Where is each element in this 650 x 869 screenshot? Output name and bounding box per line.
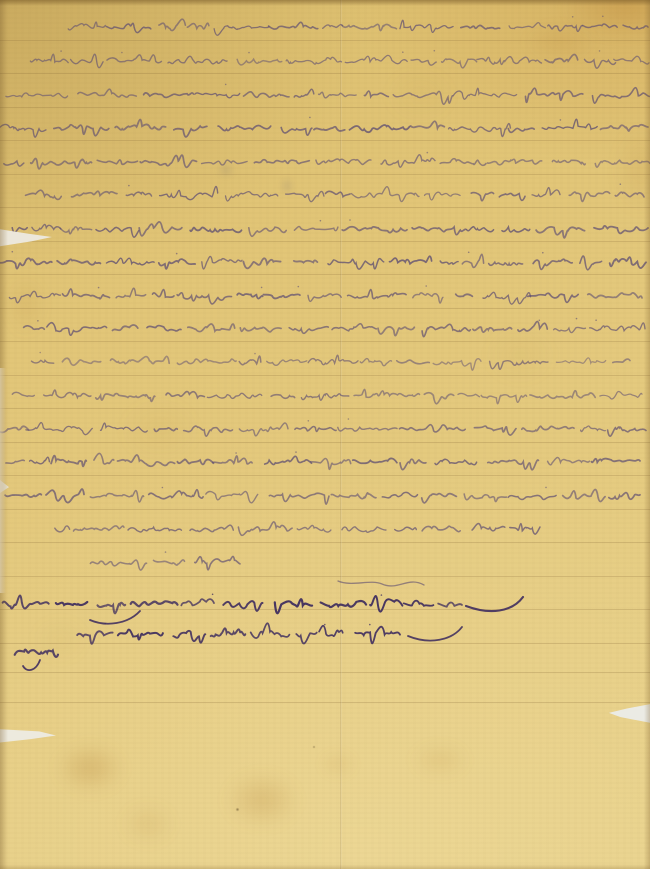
handwriting-word-stroke	[526, 88, 583, 102]
handwriting-word-stroke	[588, 293, 642, 298]
handwriting-word-stroke	[308, 355, 358, 364]
handwriting-word-stroke	[569, 192, 610, 202]
handwriting-word-stroke	[413, 293, 443, 303]
ink-dot	[176, 253, 178, 255]
handwriting-word-stroke	[68, 22, 105, 30]
handwriting-layer	[0, 0, 650, 869]
ink-dot	[427, 152, 429, 154]
handwriting-word-stroke	[554, 327, 586, 332]
handwriting-word-stroke	[472, 524, 505, 531]
handwriting-word-stroke	[115, 120, 165, 130]
ink-dot	[576, 318, 578, 320]
handwriting-word-stroke	[195, 93, 240, 98]
handwriting-line	[6, 451, 640, 469]
handwriting-word-stroke	[294, 227, 338, 231]
handwriting-word-stroke	[542, 119, 597, 129]
handwriting-word-stroke	[107, 258, 155, 265]
handwriting-word-stroke	[580, 256, 602, 270]
handwriting-word-stroke	[397, 360, 430, 364]
ink-dot	[595, 319, 597, 321]
handwriting-word-stroke	[314, 127, 345, 131]
ink-dot	[309, 117, 311, 119]
handwriting-word-stroke	[46, 489, 84, 503]
handwriting-word-stroke	[190, 525, 233, 532]
handwriting-word-stroke	[149, 490, 203, 499]
handwriting-word-stroke	[294, 260, 318, 262]
handwriting-line	[90, 551, 240, 570]
handwriting-word-stroke	[456, 294, 473, 296]
handwriting-line	[5, 487, 640, 504]
handwriting-word-stroke	[488, 460, 539, 470]
handwriting-word-stroke	[44, 390, 91, 398]
ink-flourish	[408, 627, 462, 641]
handwriting-word-stroke	[601, 125, 649, 131]
handwriting-word-stroke	[522, 426, 574, 431]
handwriting-word-stroke	[331, 493, 376, 499]
handwriting-word-stroke	[140, 155, 196, 167]
handwriting-word-stroke	[251, 623, 290, 638]
handwriting-word-stroke	[489, 262, 523, 265]
handwriting-word-stroke	[94, 453, 114, 464]
handwriting-word-stroke	[116, 288, 146, 298]
ink-dot	[434, 50, 436, 52]
handwriting-word-stroke	[271, 395, 295, 399]
handwriting-word-stroke	[118, 455, 175, 466]
handwriting-word-stroke	[424, 393, 453, 404]
handwriting-word-stroke	[77, 631, 112, 644]
handwriting-word-stroke	[113, 325, 138, 330]
ink-dot	[235, 452, 237, 454]
handwriting-word-stroke	[355, 627, 400, 644]
handwriting-word-stroke	[353, 458, 397, 463]
handwriting-word-stroke	[286, 191, 324, 201]
handwriting-word-stroke	[289, 327, 328, 334]
handwriting-word-stroke	[382, 492, 417, 497]
handwriting-word-stroke	[364, 91, 388, 97]
ink-dot	[308, 420, 310, 422]
handwriting-line	[55, 522, 540, 536]
handwriting-word-stroke	[54, 125, 109, 136]
handwriting-word-stroke	[400, 20, 453, 32]
handwriting-word-stroke	[464, 494, 506, 502]
handwriting-word-stroke	[552, 160, 585, 164]
handwriting-word-stroke	[592, 459, 641, 463]
handwriting-word-stroke	[153, 290, 175, 298]
handwriting-line	[9, 285, 642, 304]
handwriting-word-stroke	[563, 489, 605, 501]
handwriting-word-stroke	[173, 631, 205, 643]
ink-dot	[60, 50, 62, 52]
handwriting-word-stroke	[461, 25, 500, 29]
handwriting-word-stroke	[57, 259, 100, 264]
handwriting-word-stroke	[422, 324, 470, 336]
ink-dot	[162, 487, 164, 489]
handwriting-word-stroke	[442, 59, 477, 68]
ink-dot	[369, 624, 371, 626]
handwriting-word-stroke	[144, 93, 194, 98]
handwriting-word-stroke	[202, 160, 248, 165]
handwriting-word-stroke	[502, 227, 530, 232]
handwriting-word-stroke	[536, 227, 585, 238]
handwriting-word-stroke	[483, 292, 531, 304]
handwriting-line	[26, 183, 645, 201]
handwriting-word-stroke	[31, 158, 92, 168]
ink-dot	[37, 320, 39, 322]
handwriting-word-stroke	[71, 54, 104, 67]
handwriting-word-stroke	[532, 188, 560, 197]
handwriting-word-stroke	[471, 192, 493, 200]
handwriting-line	[6, 84, 650, 105]
handwriting-word-stroke	[239, 423, 288, 436]
handwriting-word-stroke	[47, 323, 107, 336]
handwriting-word-stroke	[400, 459, 426, 469]
handwriting-word-stroke	[239, 356, 260, 365]
handwriting-word-stroke	[0, 258, 52, 268]
handwriting-word-stroke	[275, 599, 312, 613]
handwriting-word-stroke	[240, 327, 281, 331]
handwriting-word-stroke	[267, 360, 307, 365]
handwriting-word-stroke	[177, 459, 213, 464]
handwriting-word-stroke	[595, 160, 650, 167]
handwriting-word-stroke	[32, 225, 61, 231]
handwriting-word-stroke	[237, 293, 262, 298]
handwriting-word-stroke	[474, 426, 516, 435]
handwriting-line	[24, 318, 645, 337]
handwriting-word-stroke	[128, 527, 181, 532]
handwriting-word-stroke	[177, 359, 236, 364]
handwriting-word-stroke	[585, 59, 616, 68]
ink-flourish	[338, 581, 424, 586]
handwriting-word-stroke	[32, 360, 54, 363]
handwriting-word-stroke	[5, 494, 41, 497]
handwriting-word-stroke	[390, 256, 432, 264]
handwriting-word-stroke	[614, 56, 649, 64]
handwriting-word-stroke	[609, 493, 640, 500]
ink-dot	[128, 185, 130, 187]
handwriting-word-stroke	[154, 560, 185, 565]
handwriting-line	[30, 50, 649, 68]
handwriting-word-stroke	[583, 24, 618, 28]
handwriting-line	[12, 219, 648, 238]
handwriting-word-stroke	[98, 603, 126, 614]
handwriting-word-stroke	[62, 358, 100, 365]
handwriting-word-stroke	[433, 359, 481, 370]
handwriting-word-stroke	[207, 393, 261, 398]
signature-line	[3, 594, 462, 614]
handwriting-word-stroke	[509, 23, 545, 29]
handwriting-word-stroke	[319, 626, 343, 636]
ink-flourish	[466, 597, 523, 611]
handwriting-word-stroke	[294, 89, 314, 97]
handwriting-word-stroke	[393, 91, 453, 104]
handwriting-word-stroke	[615, 192, 644, 197]
handwriting-word-stroke	[411, 59, 436, 65]
handwriting-word-stroke	[9, 291, 60, 302]
handwriting-word-stroke	[126, 192, 151, 196]
handwriting-word-stroke	[530, 391, 595, 399]
ink-dot	[602, 15, 604, 17]
handwriting-line	[32, 352, 631, 370]
handwriting-word-stroke	[63, 289, 110, 299]
ink-dot	[572, 16, 574, 18]
handwriting-word-stroke	[202, 256, 242, 269]
ink-dot	[12, 251, 14, 253]
ink-dot	[425, 285, 427, 287]
handwriting-word-stroke	[168, 56, 227, 64]
handwriting-word-stroke	[321, 601, 367, 607]
handwriting-line	[68, 15, 648, 35]
handwriting-word-stroke	[244, 92, 290, 98]
ink-dot	[348, 418, 350, 420]
handwriting-word-stroke	[342, 24, 396, 30]
ink-dot	[324, 624, 326, 626]
handwriting-word-stroke	[218, 126, 271, 131]
handwriting-word-stroke	[177, 293, 231, 304]
handwriting-line	[12, 389, 642, 403]
handwriting-word-stroke	[55, 526, 70, 532]
handwriting-line	[0, 418, 646, 436]
handwriting-word-stroke	[499, 193, 525, 200]
handwriting-word-stroke	[74, 526, 124, 531]
handwriting-word-stroke	[160, 187, 218, 200]
handwriting-word-stroke	[467, 227, 494, 232]
handwriting-word-stroke	[590, 323, 645, 331]
handwriting-word-stroke	[297, 525, 331, 532]
handwriting-word-stroke	[90, 560, 146, 570]
ink-dot	[165, 551, 167, 553]
ink-dot	[298, 286, 300, 288]
handwriting-word-stroke	[581, 426, 606, 432]
handwriting-word-stroke	[190, 227, 241, 232]
handwriting-word-stroke	[338, 427, 397, 431]
handwriting-word-stroke	[296, 633, 316, 644]
handwriting-word-stroke	[30, 457, 50, 464]
handwriting-word-stroke	[301, 394, 348, 401]
handwriting-word-stroke	[548, 25, 582, 31]
ink-dot	[98, 287, 100, 289]
handwriting-word-stroke	[316, 159, 371, 164]
handwriting-word-stroke	[404, 601, 434, 606]
handwriting-word-stroke	[78, 89, 137, 97]
handwriting-word-stroke	[281, 128, 312, 136]
handwriting-word-stroke	[26, 423, 92, 435]
handwriting-word-stroke	[26, 190, 62, 199]
handwriting-word-stroke	[0, 426, 29, 432]
handwriting-word-stroke	[195, 556, 240, 569]
handwriting-word-stroke	[97, 160, 137, 164]
handwriting-word-stroke	[440, 261, 458, 264]
handwriting-word-stroke	[159, 19, 186, 30]
handwriting-word-stroke	[488, 159, 542, 165]
handwriting-word-stroke	[90, 491, 143, 502]
handwriting-word-stroke	[269, 22, 318, 29]
handwriting-word-stroke	[263, 294, 300, 298]
ink-dot	[468, 252, 470, 254]
handwriting-word-stroke	[594, 226, 648, 233]
handwriting-word-stroke	[308, 294, 341, 302]
handwriting-word-stroke	[610, 257, 646, 268]
handwriting-word-stroke	[354, 389, 419, 397]
handwriting-word-stroke	[213, 456, 253, 464]
handwriting-word-stroke	[326, 191, 351, 196]
handwriting-word-stroke	[477, 57, 542, 65]
handwriting-word-stroke	[600, 392, 642, 399]
handwriting-word-stroke	[211, 628, 246, 636]
ink-dot	[620, 183, 622, 185]
handwriting-word-stroke	[72, 191, 118, 197]
handwriting-word-stroke	[360, 359, 391, 366]
handwriting-word-stroke	[435, 459, 477, 464]
handwriting-word-stroke	[462, 254, 483, 267]
handwriting-word-stroke	[243, 258, 280, 268]
ink-dot	[121, 52, 123, 54]
handwriting-word-stroke	[608, 427, 646, 436]
handwriting-word-stroke	[473, 327, 512, 332]
ink-dot	[599, 50, 601, 52]
handwriting-word-stroke	[226, 192, 278, 201]
ink-dot	[560, 119, 562, 121]
manuscript-page: Aged yellowed manuscript page: seventeen…	[0, 0, 650, 869]
ink-dot	[225, 84, 227, 86]
handwriting-word-stroke	[422, 494, 457, 503]
handwriting-word-stroke	[51, 456, 86, 467]
handwriting-word-stroke	[96, 394, 155, 402]
handwriting-word-stroke	[254, 160, 309, 164]
handwriting-word-stroke	[166, 392, 204, 398]
ink-dot	[320, 220, 322, 222]
handwriting-word-stroke	[351, 187, 419, 202]
handwriting-word-stroke	[12, 392, 34, 396]
handwriting-word-stroke	[453, 88, 516, 99]
handwriting-word-stroke	[342, 527, 386, 532]
handwriting-word-stroke	[223, 601, 262, 611]
handwriting-line	[0, 251, 646, 270]
handwriting-word-stroke	[3, 596, 49, 609]
handwriting-word-stroke	[56, 602, 87, 605]
handwriting-word-stroke	[249, 227, 286, 236]
handwriting-word-stroke	[556, 358, 605, 363]
handwriting-word-stroke	[458, 393, 480, 396]
handwriting-word-stroke	[548, 457, 590, 464]
handwriting-word-stroke	[181, 599, 214, 605]
handwriting-word-stroke	[6, 93, 68, 98]
handwriting-word-stroke	[342, 227, 407, 233]
handwriting-word-stroke	[319, 92, 357, 98]
handwriting-word-stroke	[381, 155, 435, 167]
handwriting-word-stroke	[345, 55, 407, 63]
handwriting-word-stroke	[422, 526, 460, 531]
handwriting-word-stroke	[508, 495, 556, 499]
handwriting-word-stroke	[188, 324, 235, 332]
handwriting-word-stroke	[12, 228, 27, 233]
handwriting-word-stroke	[184, 426, 233, 436]
handwriting-word-stroke	[15, 650, 58, 657]
handwriting-word-stroke	[237, 59, 282, 65]
ink-dot	[539, 320, 541, 322]
handwriting-word-stroke	[332, 324, 376, 331]
handwriting-word-stroke	[425, 192, 461, 200]
handwriting-line	[4, 152, 650, 169]
handwriting-word-stroke	[295, 427, 336, 432]
handwriting-word-stroke	[269, 493, 329, 504]
handwriting-word-stroke	[60, 227, 92, 234]
handwriting-word-stroke	[311, 458, 351, 469]
ink-dot	[545, 487, 547, 489]
handwriting-word-stroke	[214, 26, 269, 35]
handwriting-word-stroke	[131, 601, 178, 606]
handwriting-word-stroke	[449, 124, 511, 137]
handwriting-word-stroke	[147, 326, 181, 331]
handwriting-word-stroke	[154, 428, 177, 432]
handwriting-word-stroke	[378, 327, 414, 336]
ink-dot	[402, 51, 404, 53]
handwriting-word-stroke	[328, 259, 384, 270]
handwriting-word-stroke	[412, 227, 466, 235]
handwriting-word-stroke	[411, 121, 445, 128]
ink-dot	[212, 594, 214, 596]
handwriting-word-stroke	[348, 290, 407, 299]
handwriting-word-stroke	[187, 23, 209, 29]
handwriting-word-stroke	[593, 88, 650, 104]
handwriting-word-stroke	[440, 159, 486, 166]
handwriting-word-stroke	[238, 522, 292, 536]
handwriting-word-stroke	[159, 259, 195, 269]
handwriting-word-stroke	[613, 359, 630, 362]
ink-dot	[349, 219, 351, 221]
handwriting-word-stroke	[6, 460, 25, 463]
handwriting-word-stroke	[350, 125, 410, 132]
handwriting-word-stroke	[118, 630, 163, 640]
handwriting-word-stroke	[174, 126, 207, 137]
handwriting-word-stroke	[528, 293, 578, 302]
handwriting-word-stroke	[30, 54, 68, 62]
ink-dot	[261, 287, 263, 289]
handwriting-word-stroke	[286, 57, 341, 64]
handwriting-word-stroke	[323, 25, 343, 29]
ink-dot	[295, 451, 297, 453]
handwriting-word-stroke	[111, 356, 170, 363]
ink-dot	[254, 353, 256, 355]
handwriting-word-stroke	[0, 124, 46, 137]
handwriting-word-stroke	[508, 128, 534, 132]
handwriting-line	[0, 117, 648, 138]
handwriting-word-stroke	[490, 361, 548, 370]
ink-flourish	[23, 660, 40, 670]
handwriting-word-stroke	[395, 527, 417, 531]
handwriting-word-stroke	[96, 227, 139, 237]
handwriting-word-stroke	[4, 161, 24, 166]
handwriting-word-stroke	[265, 456, 312, 464]
ink-dot	[381, 594, 383, 596]
ink-dot	[248, 52, 250, 54]
handwriting-word-stroke	[206, 491, 258, 502]
handwriting-word-stroke	[481, 395, 526, 404]
ink-dot	[542, 252, 544, 254]
handwriting-word-stroke	[438, 603, 462, 607]
handwriting-word-stroke	[24, 326, 45, 330]
handwriting-word-stroke	[400, 425, 466, 432]
handwriting-word-stroke	[623, 25, 648, 29]
handwriting-word-stroke	[533, 259, 572, 269]
signature-line	[15, 650, 58, 657]
handwriting-word-stroke	[101, 423, 148, 432]
handwriting-word-stroke	[518, 322, 547, 332]
handwriting-word-stroke	[545, 54, 578, 62]
handwriting-word-stroke	[106, 23, 150, 32]
ink-dot	[39, 352, 41, 354]
signature-line	[77, 623, 400, 644]
handwriting-word-stroke	[510, 524, 540, 534]
